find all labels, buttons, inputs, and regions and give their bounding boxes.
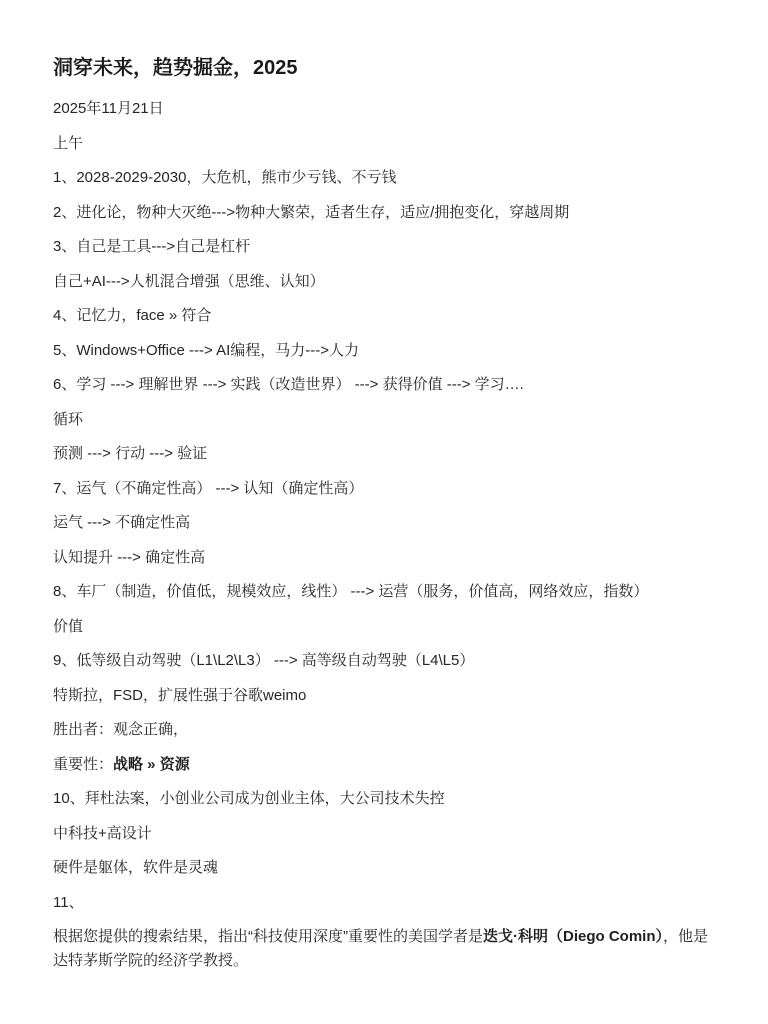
document-date: 2025年11月21日	[53, 97, 713, 121]
paragraph-item-5: 5、Windows+Office ---> AI编程，马力--->人力	[53, 339, 713, 363]
paragraph-item-9: 9、低等级自动驾驶（L1\L2\L3） ---> 高等级自动驾驶（L4\L5）	[53, 649, 713, 673]
paragraph-item-9-note-1: 特斯拉，FSD，扩展性强于谷歌weimo	[53, 684, 713, 708]
paragraph-search-result-bold: 迭戈·科明（Diego Comin）	[483, 928, 663, 945]
section-label: 上午	[53, 132, 713, 156]
paragraph-value: 价值	[53, 615, 713, 639]
paragraph-item-3: 3、自己是工具--->自己是杠杆	[53, 235, 713, 259]
paragraph-item-10: 10、拜杜法案，小创业公司成为创业主体，大公司技术失控	[53, 787, 713, 811]
paragraph-item-9-note-2: 胜出者：观念正确，	[53, 718, 713, 742]
document-title: 洞穿未来，趋势掘金，2025	[53, 55, 713, 81]
paragraph-item-11: 11、	[53, 891, 713, 915]
paragraph-item-7-note-2: 认知提升 ---> 确定性高	[53, 546, 713, 570]
paragraph-item-3-note: 自己+AI--->人机混合增强（思维、认知）	[53, 270, 713, 294]
paragraph-predict-act-verify: 预测 ---> 行动 ---> 验证	[53, 442, 713, 466]
document-page: 洞穿未来，趋势掘金，2025 2025年11月21日 上午 1、2028-202…	[0, 0, 768, 1024]
paragraph-loop: 循环	[53, 408, 713, 432]
paragraph-item-10-note-2: 硬件是躯体，软件是灵魂	[53, 856, 713, 880]
paragraph-item-7-note-1: 运气 ---> 不确定性高	[53, 511, 713, 535]
paragraph-item-6: 6、学习 ---> 理解世界 ---> 实践（改造世界） ---> 获得价值 -…	[53, 373, 713, 397]
paragraph-search-result: 根据您提供的搜索结果，指出“科技使用深度”重要性的美国学者是迭戈·科明（Dieg…	[53, 925, 713, 973]
paragraph-item-7: 7、运气（不确定性高） ---> 认知（确定性高）	[53, 477, 713, 501]
paragraph-item-1: 1、2028-2029-2030，大危机，熊市少亏钱、不亏钱	[53, 166, 713, 190]
paragraph-item-4: 4、记忆力，face » 符合	[53, 304, 713, 328]
paragraph-importance: 重要性：战略 » 资源	[53, 753, 713, 777]
paragraph-importance-prefix: 重要性：	[53, 756, 113, 773]
paragraph-item-8: 8、车厂（制造，价值低，规模效应，线性） ---> 运营（服务，价值高，网络效应…	[53, 580, 713, 604]
paragraph-importance-bold: 战略 » 资源	[113, 756, 190, 773]
paragraph-item-2: 2、进化论，物种大灭绝--->物种大繁荣，适者生存，适应/拥抱变化，穿越周期	[53, 201, 713, 225]
paragraph-item-10-note-1: 中科技+高设计	[53, 822, 713, 846]
paragraph-search-result-prefix: 根据您提供的搜索结果，指出“科技使用深度”重要性的美国学者是	[53, 928, 483, 945]
